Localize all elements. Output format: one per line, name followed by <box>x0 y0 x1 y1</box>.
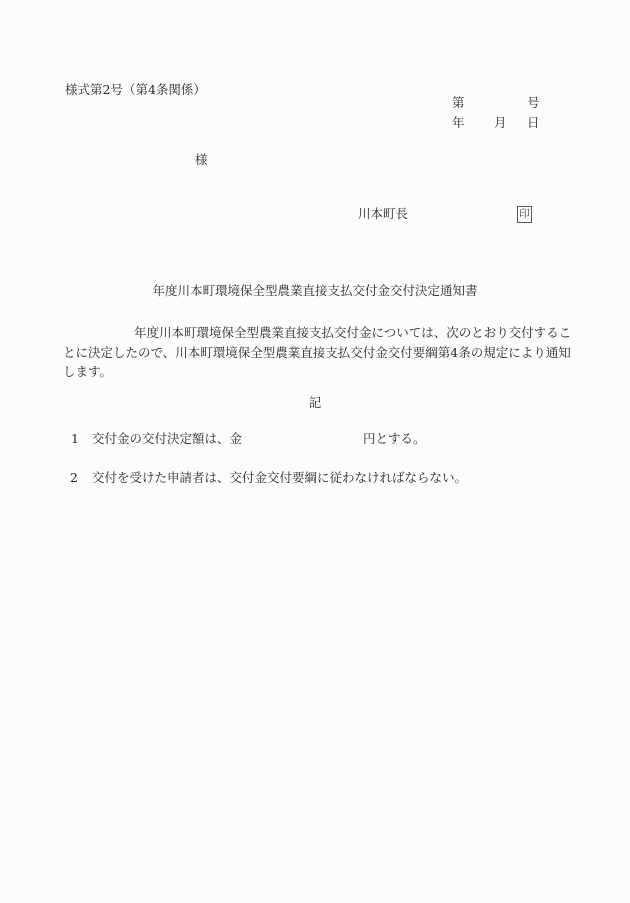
seal-character: 印 <box>519 208 530 220</box>
item-2-number: 2 <box>70 469 78 487</box>
body-line-1: 年度川本町環境保全型農業直接支払交付金については、次のとおり交付するこ <box>63 323 583 343</box>
document-title: 年度川本町環境保全型農業直接支払交付金交付決定通知書 <box>0 282 630 300</box>
seal-mark: 印 <box>517 206 532 223</box>
body-paragraph: 年度川本町環境保全型農業直接支払交付金については、次のとおり交付するこ とに決定… <box>63 323 583 382</box>
form-style-number: 様式第2号（第4条関係） <box>65 81 206 99</box>
body-line-2: とに決定したので、川本町環境保全型農業直接支払交付金交付要綱第4条の規定により通… <box>63 343 583 363</box>
doc-number-suffix: 号 <box>527 94 540 112</box>
body-line-3: します。 <box>63 362 583 382</box>
recipient-honorific: 様 <box>195 151 208 169</box>
sender-title: 川本町長 <box>358 205 408 223</box>
item-2-text: 交付を受けた申請者は、交付金交付要綱に従わなければならない。 <box>92 469 467 487</box>
list-heading: 記 <box>0 394 630 412</box>
doc-number-prefix: 第 <box>452 94 465 112</box>
date-month-label: 月 <box>494 114 507 132</box>
item-1-text-before-blank: 交付金の交付決定額は、金 <box>92 430 242 448</box>
item-1-number: 1 <box>71 430 79 448</box>
date-day-label: 日 <box>527 114 540 132</box>
amount-blank <box>246 430 360 446</box>
date-year-label: 年 <box>452 114 465 132</box>
document-page: 様式第2号（第4条関係） 第 号 年 月 日 様 川本町長 印 年度川本町環境保… <box>0 0 630 903</box>
item-1-text-after-blank: 円とする。 <box>363 430 426 448</box>
